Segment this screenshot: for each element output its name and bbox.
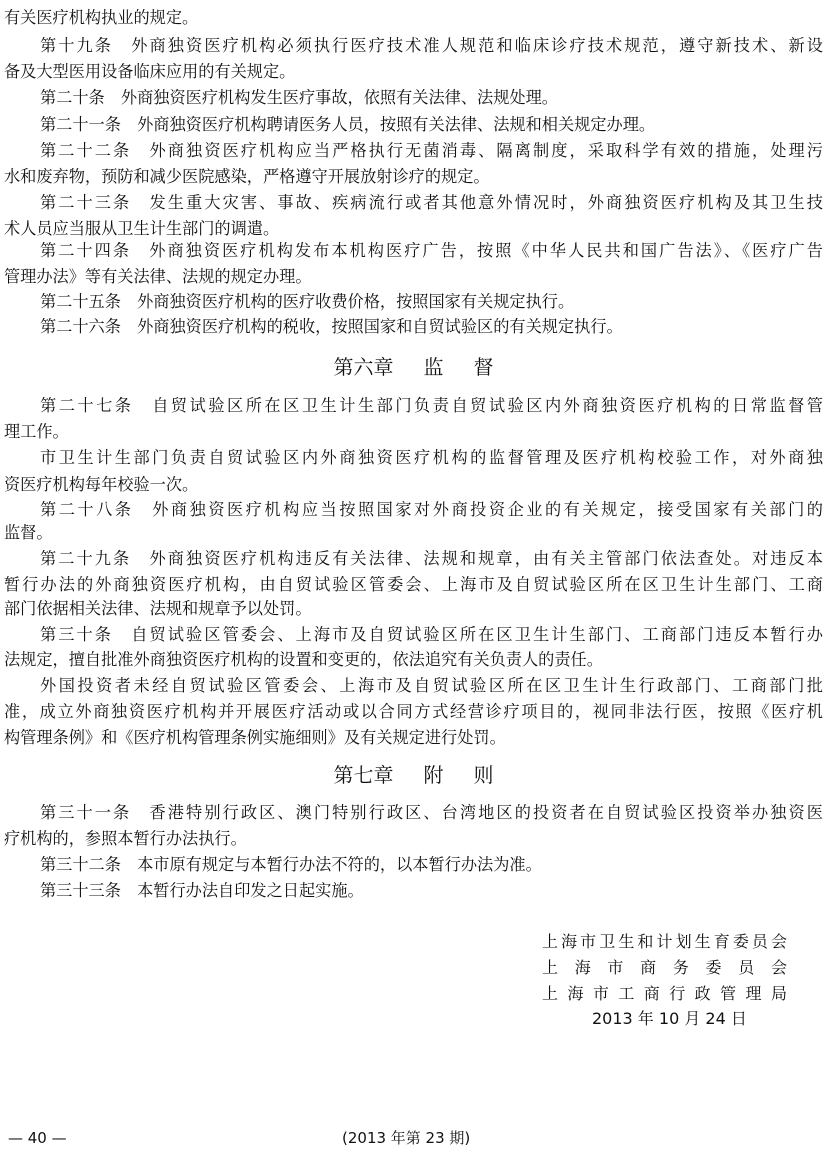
text-line: 第二十四条 外商独资医疗机构发布本机构医疗广告，按照《中华人民共和国广告法》、《…: [40, 241, 823, 261]
text-line: 监督。: [4, 523, 823, 543]
text-line: 管理办法》等有关法律、法规的规定办理。: [4, 267, 823, 287]
text-line: 部门依据相关法律、法规和规章予以处罚。: [4, 599, 823, 619]
text-line: 第二十七条 自贸试验区所在区卫生计生部门负责自贸试验区内外商独资医疗机构的日常监…: [40, 396, 823, 416]
signature-issuer: 上海市商务委员会: [542, 958, 787, 978]
text-line: 外国投资者未经自贸试验区管委会、上海市及自贸试验区所在区卫生计生行政部门、工商部…: [40, 676, 823, 696]
text-line: 法规定，擅自批准外商独资医疗机构的设置和变更的，依法追究有关负责人的责任。: [4, 650, 823, 670]
text-line: 第二十八条 外商独资医疗机构应当按照国家对外商投资企业的有关规定，接受国家有关部…: [40, 500, 823, 520]
spacer: [394, 355, 424, 379]
text-line: 水和废弃物，预防和减少医院感染，严格遵守开展放射诊疗的规定。: [4, 167, 823, 187]
chapter-title-1: 监: [424, 355, 444, 379]
text-line: 准，成立外商独资医疗机构并开展医疗活动或以合同方式经营诊疗项目的，视同非法行医，…: [4, 702, 823, 722]
text-line: 资医疗机构每年校验一次。: [4, 475, 823, 495]
page-number: — 40 —: [8, 1128, 67, 1148]
text-line: 术人员应当服从卫生计生部门的调遣。: [4, 219, 823, 239]
text-line: 第二十三条 发生重大灾害、事故、疾病流行或者其他意外情况时，外商独资医疗机构及其…: [40, 193, 823, 213]
chapter-title-2: 则: [474, 763, 494, 787]
text-line: 第三十二条 本市原有规定与本暂行办法不符的，以本暂行办法为准。: [40, 855, 823, 875]
issue-label: (2013 年第 23 期): [342, 1128, 470, 1148]
text-line: 备及大型医用设备临床应用的有关规定。: [4, 62, 823, 82]
signature-issuer: 上海市工商行政管理局: [542, 984, 787, 1004]
text-line: 第十九条 外商独资医疗机构必须执行医疗技术准人规范和临床诊疗技术规范，遵守新技术…: [40, 36, 823, 56]
text-line: 疗机构的，参照本暂行办法执行。: [4, 829, 823, 849]
text-line: 构管理条例》和《医疗机构管理条例实施细则》及有关规定进行处罚。: [4, 728, 823, 748]
spacer: [444, 763, 474, 787]
chapter-number: 第七章: [334, 763, 394, 787]
text-line: 第二十条 外商独资医疗机构发生医疗事故，依照有关法律、法规处理。: [40, 88, 823, 108]
text-line: 理工作。: [4, 422, 823, 442]
spacer: [394, 763, 424, 787]
text-line: 有关医疗机构执业的规定。: [4, 8, 823, 28]
text-line: 第二十一条 外商独资医疗机构聘请医务人员，按照有关法律、法规和相关规定办理。: [40, 115, 823, 135]
chapter-heading-7: 第七章 附 则: [0, 763, 827, 787]
chapter-heading-6: 第六章 监 督: [0, 355, 827, 379]
text-line: 第二十九条 外商独资医疗机构违反有关法律、法规和规章，由有关主管部门依法查处。对…: [40, 549, 823, 569]
signature-issuer: 上海市卫生和计划生育委员会: [542, 932, 787, 952]
chapter-title-1: 附: [424, 763, 444, 787]
text-line: 第二十五条 外商独资医疗机构的医疗收费价格，按照国家有关规定执行。: [40, 292, 823, 312]
text-line: 第二十六条 外商独资医疗机构的税收，按照国家和自贸试验区的有关规定执行。: [40, 317, 823, 337]
text-line: 第三十一条 香港特别行政区、澳门特别行政区、台湾地区的投资者在自贸试验区投资举办…: [40, 803, 823, 823]
chapter-number: 第六章: [334, 355, 394, 379]
text-line: 第三十条 自贸试验区管委会、上海市及自贸试验区所在区卫生计生部门、工商部门违反本…: [40, 625, 823, 645]
chapter-title-2: 督: [474, 355, 494, 379]
text-line: 市卫生计生部门负责自贸试验区内外商独资医疗机构的监督管理及医疗机构校验工作，对外…: [40, 448, 823, 468]
text-line: 暂行办法的外商独资医疗机构，由自贸试验区管委会、上海市及自贸试验区所在区卫生计生…: [4, 575, 823, 595]
text-line: 第二十二条 外商独资医疗机构应当严格执行无菌消毒、隔离制度，采取科学有效的措施，…: [40, 141, 823, 161]
spacer: [444, 355, 474, 379]
text-line: 第三十三条 本暂行办法自印发之日起实施。: [40, 881, 823, 901]
signature-date: 2013 年 10 月 24 日: [592, 1009, 742, 1029]
